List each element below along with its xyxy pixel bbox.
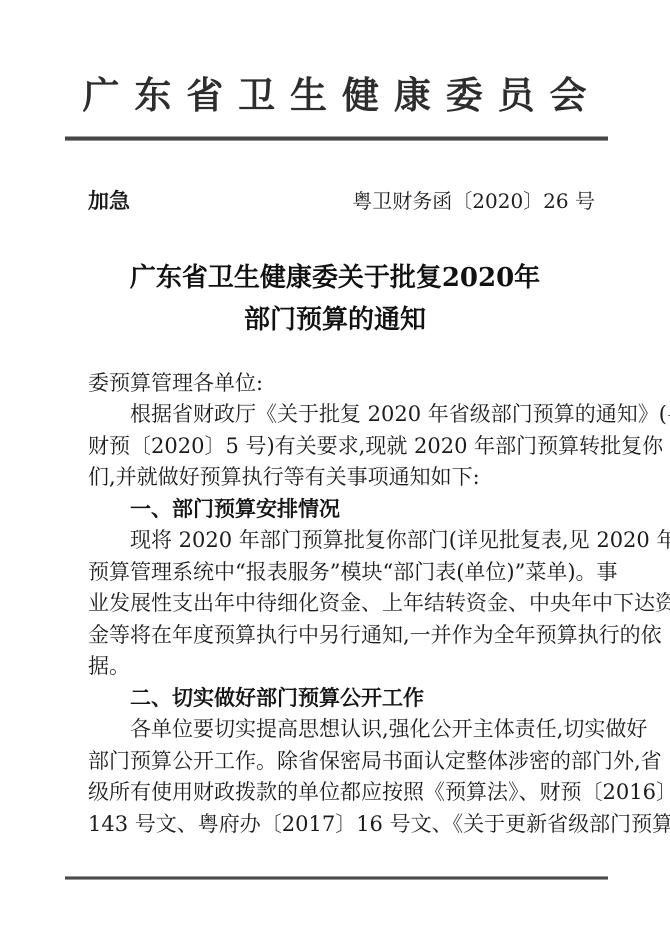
document-reference-number: 粤卫财务函〔2020〕26 号 [352, 185, 595, 214]
body-line: 据。 [88, 651, 610, 683]
document-title: 广东省卫生健康委关于批复2020年 部门预算的通知 [0, 257, 670, 341]
letterhead-divider-rule [65, 136, 608, 141]
body-line: 部门预算公开工作。除省保密局书面认定整体涉密的部门外,省 [88, 746, 610, 778]
body-line: 现将 2020 年部门预算批复你部门(详见批复表,见 2020 年 [88, 525, 610, 557]
document-page: 广 东 省 卫 生 健 康 委 员 会 加急 粤卫财务函〔2020〕26 号 广… [0, 0, 670, 948]
body-line: 业发展性支出年中待细化资金、上年结转资金、中央年中下达资 [88, 588, 610, 620]
document-meta-row: 加急 粤卫财务函〔2020〕26 号 [88, 185, 595, 215]
body-line: 各单位要切实提高思想认识,强化公开主体责任,切实做好 [88, 714, 610, 746]
body-line: 根据省财政厅《关于批复 2020 年省级部门预算的通知》(粤 [88, 399, 610, 431]
document-body: 委预算管理各单位: 根据省财政厅《关于批复 2020 年省级部门预算的通知》(粤… [88, 368, 610, 841]
body-line: 级所有使用财政拨款的单位都应按照《预算法》、财预〔2016〕 [88, 777, 610, 809]
body-section-heading: 二、切实做好部门预算公开工作 [88, 683, 610, 715]
body-section-heading: 一、部门预算安排情况 [88, 494, 610, 526]
letterhead-agency-name: 广 东 省 卫 生 健 康 委 员 会 [0, 0, 670, 122]
document-title-line-2: 部门预算的通知 [0, 299, 670, 341]
body-line: 金等将在年度预算执行中另行通知,一并作为全年预算执行的依 [88, 620, 610, 652]
body-line: 财预〔2020〕5 号)有关要求,现就 2020 年部门预算转批复你 [88, 431, 610, 463]
body-line: 143 号文、粤府办〔2017〕16 号文、《关于更新省级部门预算公 [88, 809, 610, 841]
body-line: 们,并就做好预算执行等有关事项通知如下: [88, 462, 610, 494]
body-line-salutation: 委预算管理各单位: [88, 368, 610, 400]
body-line: 预算管理系统中“报表服务”模块“部门表(单位)”菜单)。事 [88, 557, 610, 589]
page-footer-rule [65, 876, 608, 880]
urgency-label: 加急 [88, 185, 130, 215]
document-title-line-1: 广东省卫生健康委关于批复2020年 [0, 257, 670, 299]
